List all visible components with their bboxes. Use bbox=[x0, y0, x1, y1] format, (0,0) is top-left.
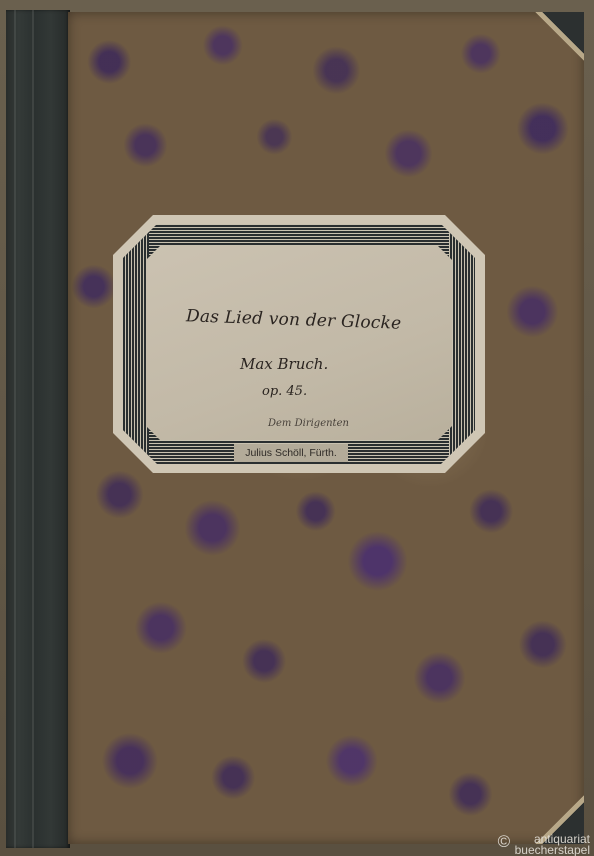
label-composer: Max Bruch. bbox=[240, 355, 328, 373]
label-opus: op. 45. bbox=[262, 384, 307, 399]
corner-protector-top-right bbox=[526, 12, 584, 70]
watermark-line2: buecherstapel bbox=[515, 845, 590, 856]
book-spine bbox=[6, 10, 70, 848]
publisher-stamp: Julius Schöll, Fürth. bbox=[234, 444, 348, 462]
spine-edge-line bbox=[14, 10, 16, 848]
watermark: © antiquariat buecherstapel bbox=[515, 834, 590, 856]
label-panel bbox=[146, 246, 452, 440]
label-dedication: Dem Dirigenten bbox=[268, 418, 349, 429]
copyright-icon: © bbox=[498, 836, 511, 847]
spine-edge-line bbox=[32, 10, 34, 848]
